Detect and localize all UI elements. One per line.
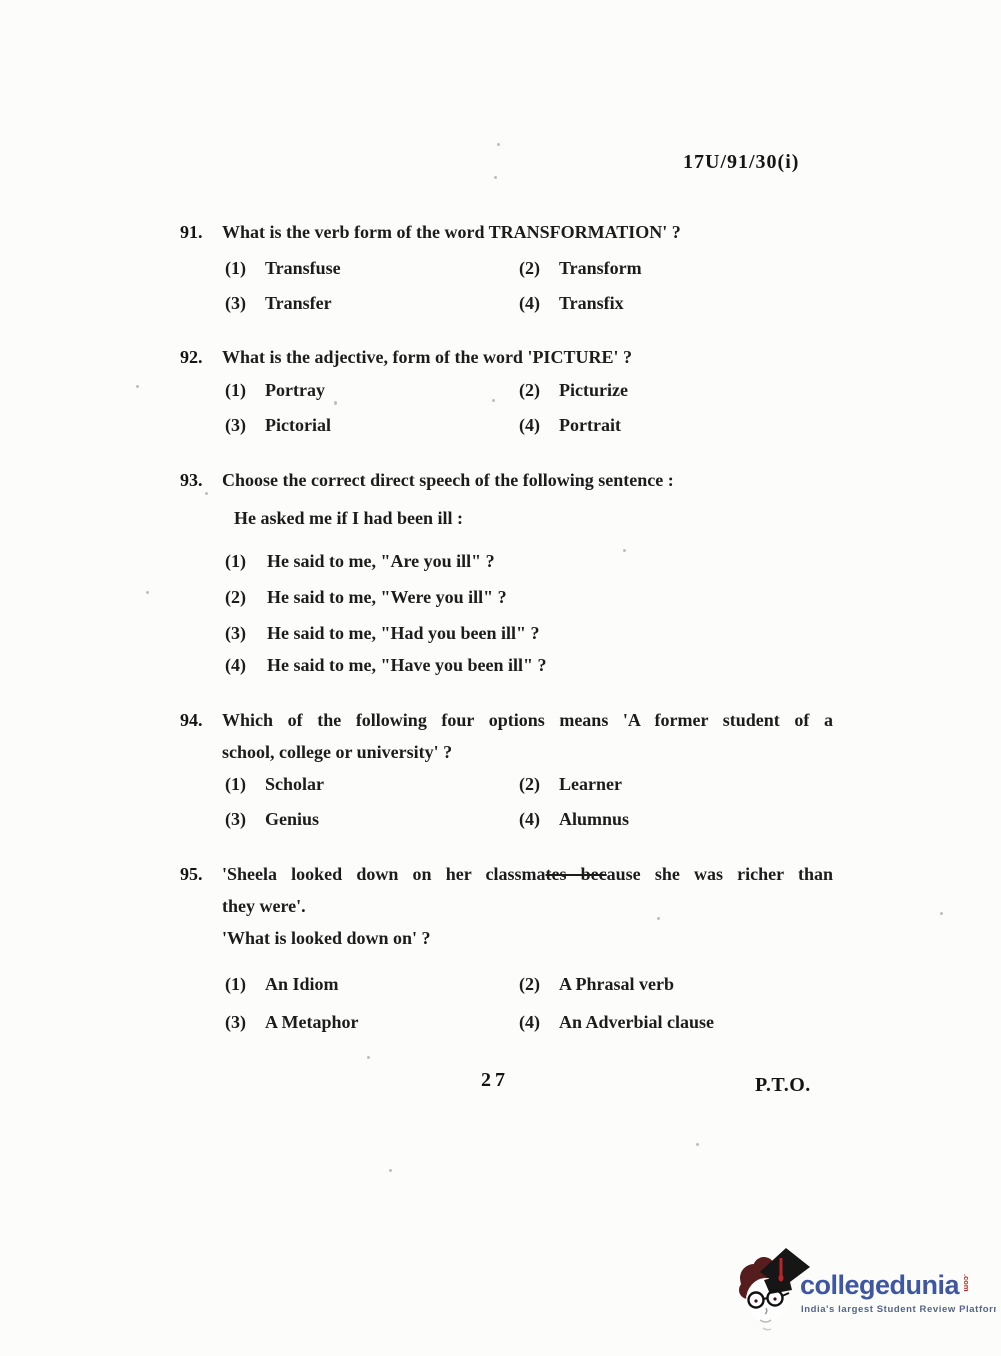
collegedunia-logo-svg: collegedunia .com India's largest Studen… xyxy=(736,1238,996,1333)
option-4: (4) Transfix xyxy=(519,291,624,315)
option-2: (2) Learner xyxy=(519,772,622,796)
question-91: 91. What is the verb form of the word TR… xyxy=(180,220,833,315)
option-label: Learner xyxy=(559,772,622,796)
struck-text-run: tes bec xyxy=(546,864,607,884)
option-3: (3) A Metaphor xyxy=(225,1010,519,1034)
options-row: (1) Portray (2) Picturize xyxy=(222,378,833,402)
question-95: 95. 'Sheela looked down on her classmate… xyxy=(180,862,833,1034)
option-3: (3) He said to me, "Had you been ill" ? xyxy=(222,621,833,645)
question-94: 94. Which of the following four options … xyxy=(180,708,833,831)
option-number: (2) xyxy=(519,378,559,402)
option-number: (3) xyxy=(225,1010,265,1034)
option-2: (2) He said to me, "Were you ill" ? xyxy=(222,585,833,609)
scan-speckle xyxy=(367,1056,370,1059)
options-row: (1) Transfuse (2) Transform xyxy=(222,256,833,280)
scan-speckle xyxy=(146,591,149,594)
option-4: (4) An Adverbial clause xyxy=(519,1010,714,1034)
option-number: (4) xyxy=(519,413,559,437)
question-text-line2: they were'. xyxy=(222,894,833,918)
scan-speckle xyxy=(696,1143,699,1146)
option-2: (2) Transform xyxy=(519,256,642,280)
option-1: (1) An Idiom xyxy=(225,972,519,996)
question-text: What is the adjective, form of the word … xyxy=(222,345,833,369)
option-1: (1) He said to me, "Are you ill" ? xyxy=(222,549,833,573)
option-number: (4) xyxy=(225,653,267,677)
option-4: (4) Portrait xyxy=(519,413,621,437)
scan-speckle xyxy=(657,917,660,920)
scan-speckle xyxy=(497,143,500,146)
option-label: Transform xyxy=(559,256,642,280)
option-label: An Adverbial clause xyxy=(559,1010,714,1034)
options-row: (3) A Metaphor (4) An Adverbial clause xyxy=(222,1010,833,1034)
paper-code: 17U/91/30(i) xyxy=(683,151,799,174)
option-3: (3) Genius xyxy=(225,807,519,831)
questions-area: 91. What is the verb form of the word TR… xyxy=(180,220,833,1034)
option-label: Transfuse xyxy=(265,256,341,280)
option-label: Transfix xyxy=(559,291,624,315)
question-92: 92. What is the adjective, form of the w… xyxy=(180,345,833,437)
question-text-line1: 'Sheela looked down on her classmates be… xyxy=(222,862,833,886)
option-label: Portray xyxy=(265,378,325,402)
option-number: (2) xyxy=(519,772,559,796)
pto-label: P.T.O. xyxy=(755,1074,811,1097)
option-label: Alumnus xyxy=(559,807,629,831)
option-number: (4) xyxy=(519,807,559,831)
question-text: What is the verb form of the word TRANSF… xyxy=(222,220,833,244)
option-3: (3) Pictorial xyxy=(225,413,519,437)
options-row: (3) Transfer (4) Transfix xyxy=(222,291,833,315)
option-label: Pictorial xyxy=(265,413,331,437)
option-4: (4) He said to me, "Have you been ill" ? xyxy=(222,653,833,677)
logo-tld-text: .com xyxy=(962,1274,971,1292)
option-label: He said to me, "Are you ill" ? xyxy=(267,549,495,573)
option-number: (1) xyxy=(225,549,267,573)
option-1: (1) Transfuse xyxy=(225,256,519,280)
option-1: (1) Scholar xyxy=(225,772,519,796)
question-text: Choose the correct direct speech of the … xyxy=(222,468,833,492)
logo-text-group: collegedunia .com India's largest Studen… xyxy=(800,1270,996,1315)
options-row: (3) Genius (4) Alumnus xyxy=(222,807,833,831)
option-number: (3) xyxy=(225,413,265,437)
option-label: Portrait xyxy=(559,413,621,437)
options-row: (1) Scholar (2) Learner xyxy=(222,772,833,796)
option-label: A Phrasal verb xyxy=(559,972,674,996)
collegedunia-logo: collegedunia .com India's largest Studen… xyxy=(736,1238,996,1333)
option-number: (3) xyxy=(225,807,265,831)
logo-tagline: India's largest Student Review Platform xyxy=(801,1304,996,1315)
option-label: He said to me, "Had you been ill" ? xyxy=(267,621,540,645)
option-number: (2) xyxy=(519,256,559,280)
option-label: He said to me, "Have you been ill" ? xyxy=(267,653,546,677)
question-prompt: 'What is looked down on' ? xyxy=(222,926,833,950)
scan-speckle xyxy=(492,399,495,402)
question-text-line1: Which of the following four options mean… xyxy=(222,708,833,732)
option-label: A Metaphor xyxy=(265,1010,359,1034)
scan-speckle xyxy=(494,176,497,179)
option-number: (1) xyxy=(225,772,265,796)
option-label: Transfer xyxy=(265,291,332,315)
option-1: (1) Portray xyxy=(225,378,519,402)
scan-speckle xyxy=(205,492,208,495)
option-label: Picturize xyxy=(559,378,628,402)
options-row: (1) An Idiom (2) A Phrasal verb xyxy=(222,972,833,996)
options-row: (3) Pictorial (4) Portrait xyxy=(222,413,833,437)
option-number: (1) xyxy=(225,256,265,280)
option-number: (3) xyxy=(225,621,267,645)
exam-paper-page: 17U/91/30(i) 91. What is the verb form o… xyxy=(0,0,1001,1356)
scan-speckle xyxy=(389,1169,392,1172)
question-number: 95. xyxy=(180,862,203,886)
scan-speckle xyxy=(940,912,943,915)
option-number: (2) xyxy=(519,972,559,996)
option-number: (2) xyxy=(225,585,267,609)
option-number: (1) xyxy=(225,378,265,402)
option-4: (4) Alumnus xyxy=(519,807,629,831)
option-number: (1) xyxy=(225,972,265,996)
option-2: (2) Picturize xyxy=(519,378,628,402)
question-text-line2: school, college or university' ? xyxy=(222,740,833,764)
scan-speckle xyxy=(136,385,139,388)
text-run: ause she was richer than xyxy=(607,864,833,884)
option-3: (3) Transfer xyxy=(225,291,519,315)
option-2: (2) A Phrasal verb xyxy=(519,972,674,996)
question-number: 94. xyxy=(180,708,203,732)
text-run: 'Sheela looked down on her classma xyxy=(222,864,546,884)
option-label: Genius xyxy=(265,807,319,831)
option-number: (4) xyxy=(519,291,559,315)
question-sentence: He asked me if I had been ill : xyxy=(234,506,833,530)
option-number: (4) xyxy=(519,1010,559,1034)
logo-brand-text: collegedunia xyxy=(800,1270,961,1300)
question-93: 93. Choose the correct direct speech of … xyxy=(180,468,833,677)
page-number: 27 xyxy=(481,1069,509,1092)
option-label: He said to me, "Were you ill" ? xyxy=(267,585,507,609)
scan-speckle xyxy=(334,401,337,405)
question-number: 91. xyxy=(180,220,203,244)
question-number: 93. xyxy=(180,468,203,492)
option-label: Scholar xyxy=(265,772,324,796)
option-label: An Idiom xyxy=(265,972,339,996)
question-number: 92. xyxy=(180,345,203,369)
scan-speckle xyxy=(623,549,626,552)
option-number: (3) xyxy=(225,291,265,315)
